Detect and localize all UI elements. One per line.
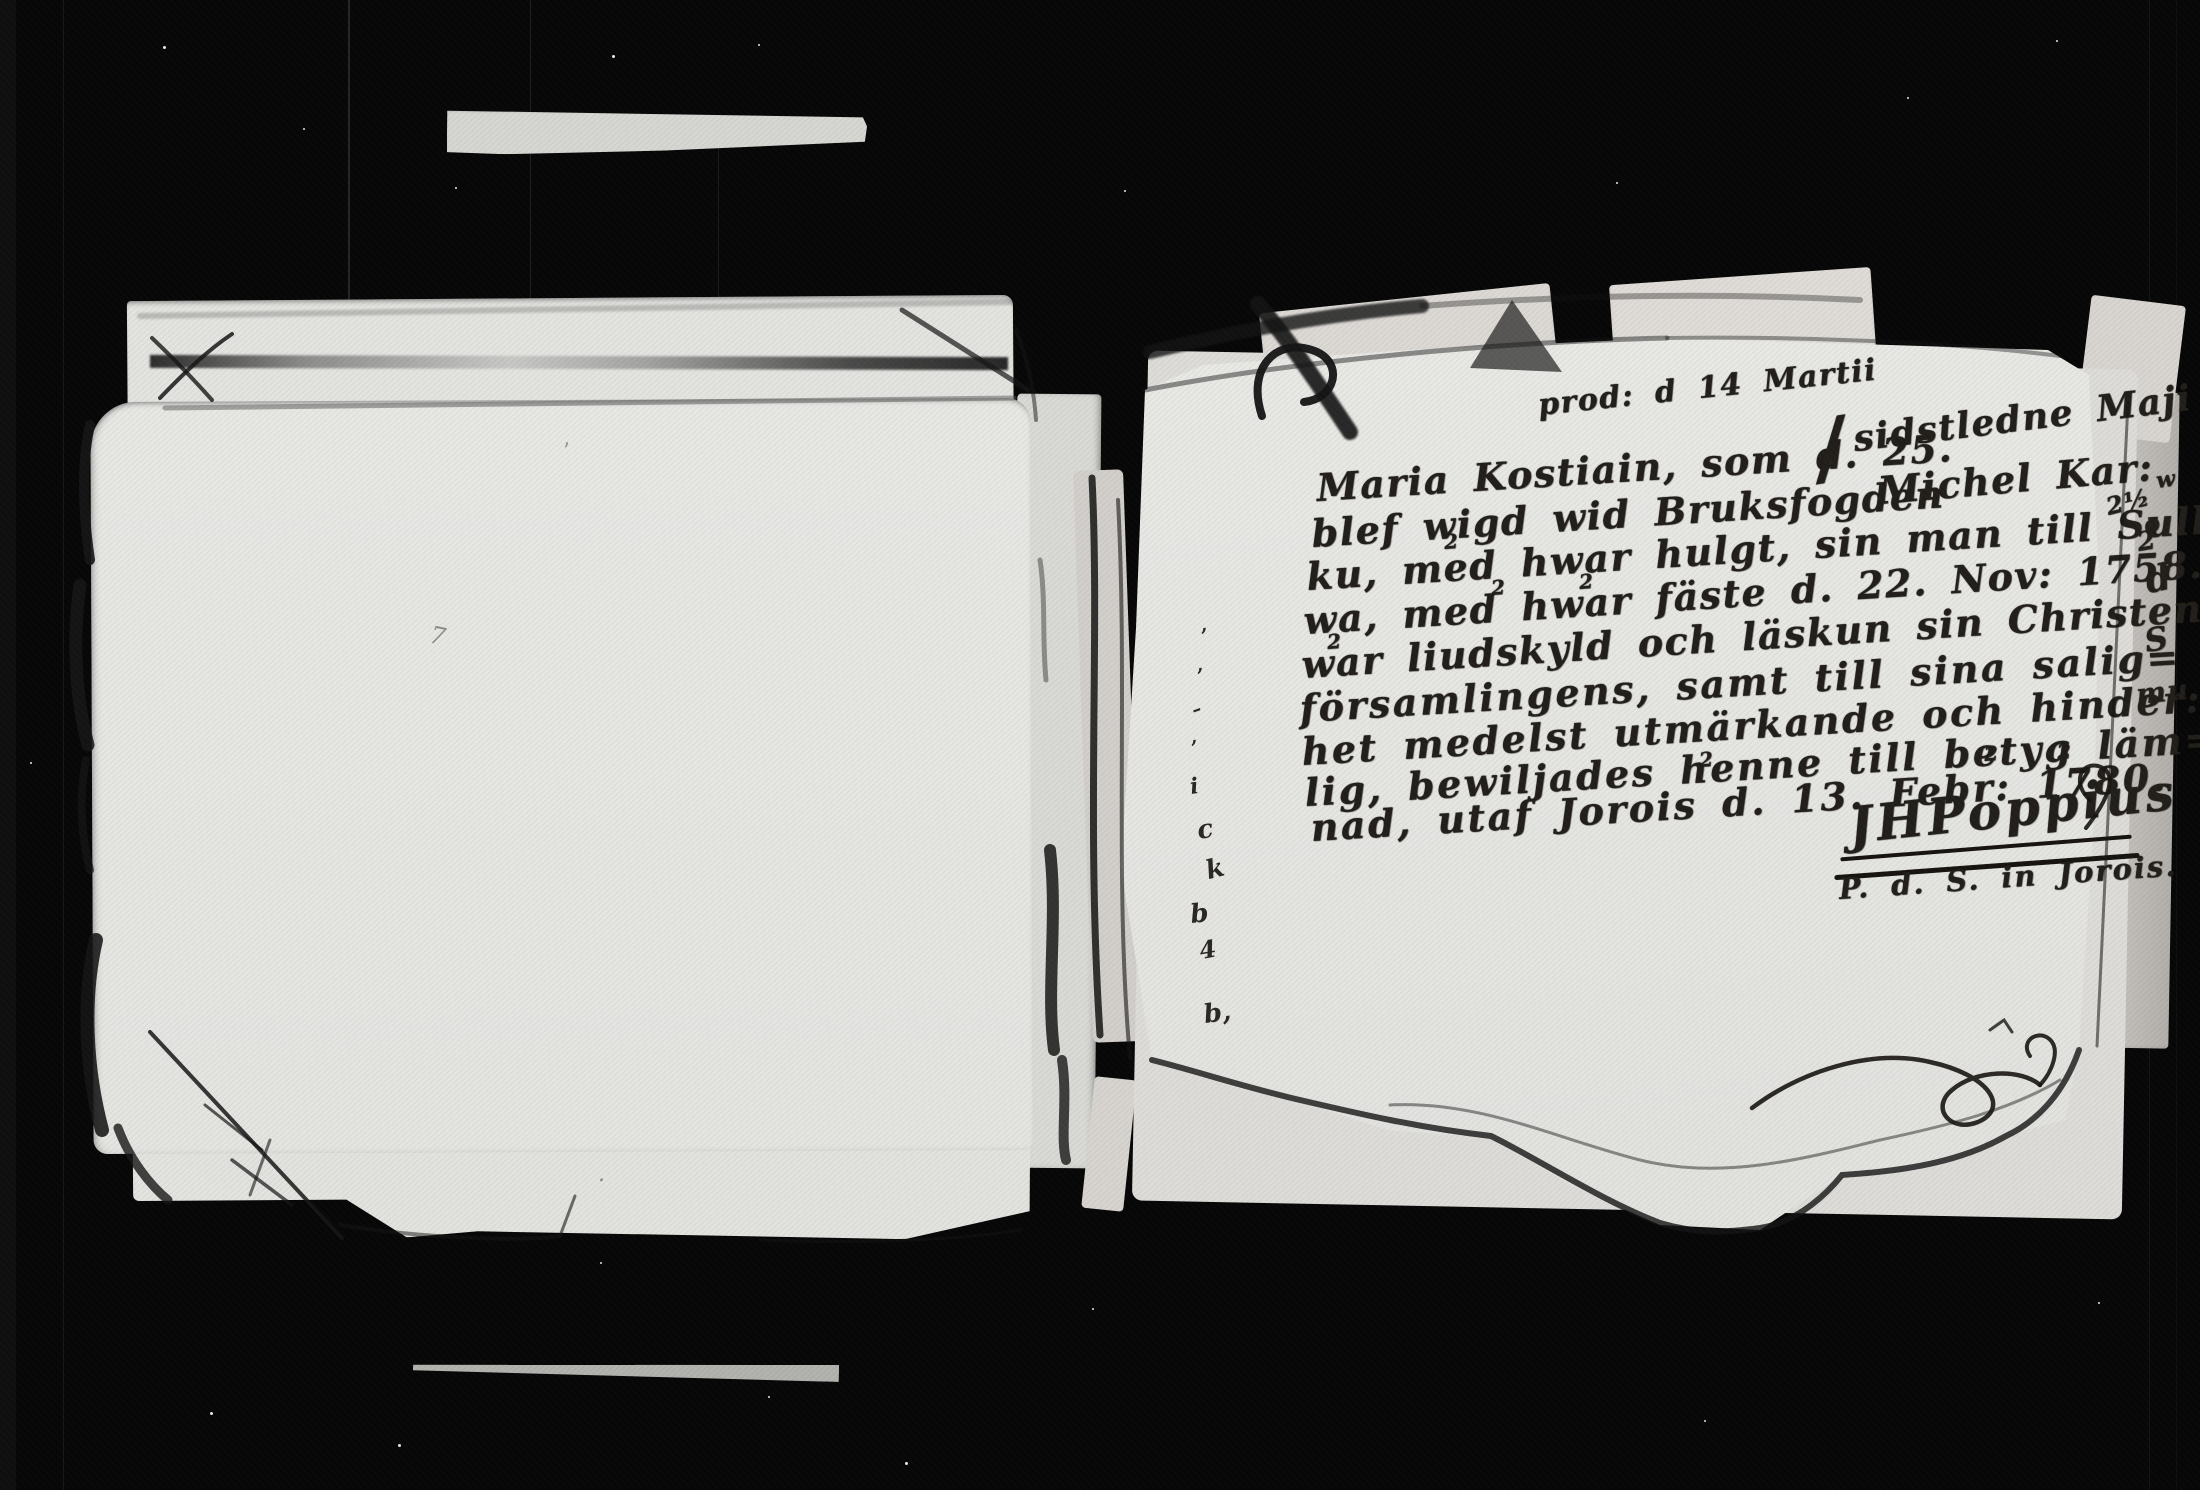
crease-streak bbox=[150, 355, 1008, 370]
film-edge-band bbox=[0, 0, 16, 1490]
edge-letter: o bbox=[2142, 508, 2163, 539]
superscript-mark: 2 bbox=[1490, 575, 1507, 600]
film-speck bbox=[1704, 1420, 1706, 1422]
stray-ink-mark: . bbox=[598, 1162, 605, 1187]
paper-strip-top bbox=[447, 109, 867, 156]
film-speck bbox=[758, 44, 760, 46]
film-speck bbox=[398, 1444, 401, 1447]
film-speck bbox=[905, 1462, 908, 1465]
edge-letter: w bbox=[2154, 465, 2178, 494]
microfilm-scan: 7 ’ . prod: d 14 Martii Maria Kostiain, … bbox=[0, 0, 2200, 1490]
film-speck bbox=[1616, 182, 1618, 184]
crease-stroke bbox=[82, 760, 90, 870]
superscript-mark: 2 bbox=[2056, 739, 2073, 764]
film-speck bbox=[768, 1396, 770, 1398]
tick-mark: b, bbox=[1202, 997, 1233, 1030]
superscript-mark: 2 bbox=[1983, 741, 2000, 766]
crease-stroke bbox=[84, 425, 90, 560]
film-scratch bbox=[530, 0, 531, 340]
film-scratch bbox=[63, 0, 64, 1490]
superscript-mark: 2 bbox=[1326, 629, 1343, 654]
superscript-mark: 2 bbox=[1578, 569, 1595, 594]
superscript-mark: 2 bbox=[1443, 529, 1460, 554]
film-speck bbox=[1907, 97, 1909, 99]
film-scratch bbox=[348, 0, 350, 320]
edge-letter: mu bbox=[2135, 673, 2191, 711]
film-speck bbox=[612, 55, 615, 58]
film-speck bbox=[30, 762, 32, 764]
film-speck bbox=[1124, 190, 1126, 192]
tick-mark: b bbox=[1189, 898, 1210, 930]
film-speck bbox=[2056, 40, 2058, 42]
film-speck bbox=[163, 46, 166, 49]
film-speck bbox=[2098, 1302, 2100, 1304]
paper-strip-bottom bbox=[413, 1359, 839, 1382]
crease-stroke bbox=[76, 585, 88, 745]
film-speck bbox=[210, 1412, 213, 1415]
film-speck bbox=[455, 187, 457, 189]
film-speck bbox=[303, 128, 305, 130]
film-speck bbox=[1092, 1308, 1094, 1310]
superscript-mark: 2 bbox=[1698, 747, 1715, 772]
left-page-main-sheet bbox=[90, 398, 1033, 1154]
film-speck bbox=[600, 1262, 602, 1264]
